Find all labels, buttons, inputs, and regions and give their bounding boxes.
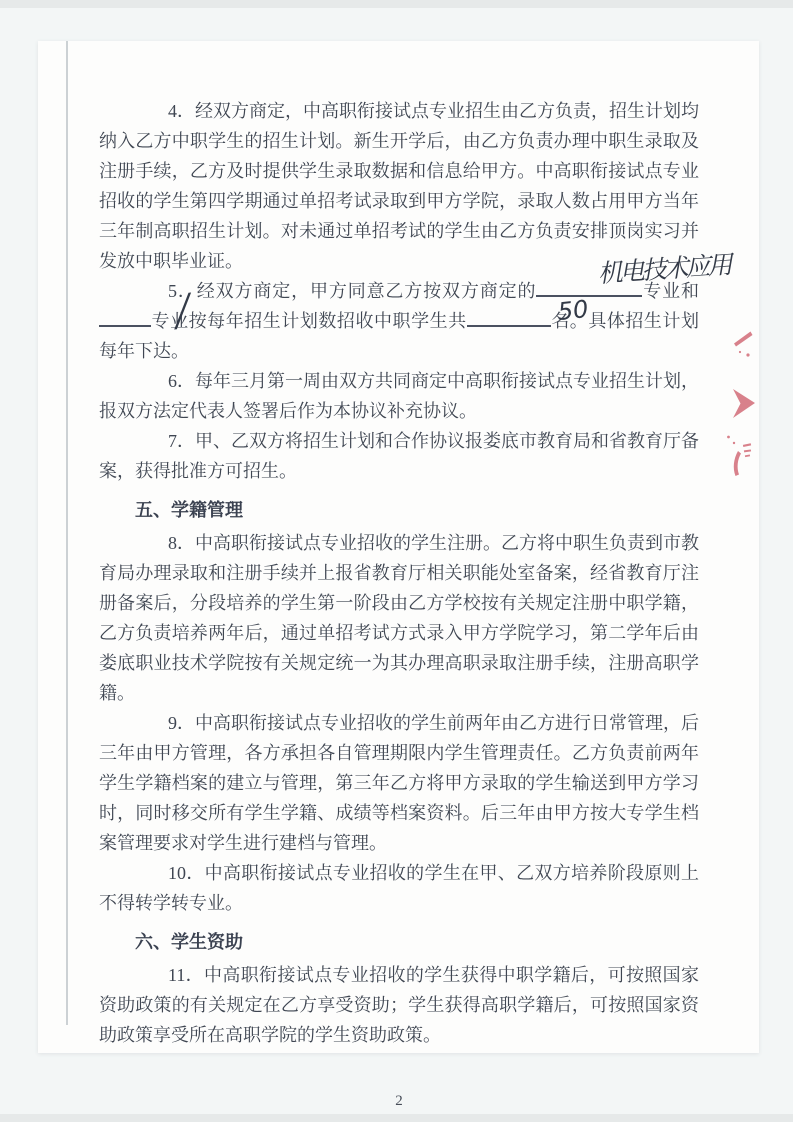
paragraph-7: 7．甲、乙双方将招生计划和合作协议报娄底市教育局和省教育厅备案，获得批准方可招生…	[99, 426, 699, 486]
paragraph-10: 10．中高职衔接试点专业招收的学生在甲、乙双方培养阶段原则上不得转学转专业。	[99, 858, 699, 918]
section-heading-6: 六、学生资助	[99, 927, 699, 957]
paragraph-4: 4．经双方商定，中高职衔接试点专业招生由乙方负责，招生计划均纳入乙方中职学生的招…	[99, 96, 699, 276]
document-content: 4．经双方商定，中高职衔接试点专业招生由乙方负责，招生计划均纳入乙方中职学生的招…	[38, 41, 759, 1116]
scanned-document-background: 4．经双方商定，中高职衔接试点专业招生由乙方负责，招生计划均纳入乙方中职学生的招…	[0, 0, 793, 1122]
page-number: 2	[99, 1086, 699, 1116]
paragraph-5-text-2: 专业和	[642, 281, 699, 301]
paragraph-9: 9．中高职衔接试点专业招收的学生前两年由乙方进行日常管理，后三年由甲方管理，各方…	[99, 708, 699, 858]
paragraph-11: 11．中高职衔接试点专业招收的学生获得中职学籍后，可按照国家资助政策的有关规定在…	[99, 960, 699, 1050]
section-heading-5: 五、学籍管理	[99, 495, 699, 525]
fill-in-blank-student-count: 50	[467, 306, 551, 327]
fill-in-blank-major-1: 机电技术应用	[536, 276, 642, 297]
paragraph-5-text-3: 专业按每年招生计划数招收中职学生共	[151, 311, 467, 331]
scan-edge-top	[0, 0, 793, 8]
red-seal-fragment-icon	[725, 325, 765, 480]
paragraph-5: 5．经双方商定，甲方同意乙方按双方商定的机电技术应用专业和╱专业按每年招生计划数…	[99, 276, 699, 366]
fill-in-blank-major-2: ╱	[99, 306, 151, 327]
paragraph-8: 8．中高职衔接试点专业招收的学生注册。乙方将中职生负责到市教育局办理录取和注册手…	[99, 528, 699, 708]
document-page: 4．经双方商定，中高职衔接试点专业招生由乙方负责，招生计划均纳入乙方中职学生的招…	[38, 41, 759, 1053]
paragraph-5-text-1: 5．经双方商定，甲方同意乙方按双方商定的	[168, 281, 536, 301]
paragraph-6: 6．每年三月第一周由双方共同商定中高职衔接试点专业招生计划，报双方法定代表人签署…	[99, 366, 699, 426]
